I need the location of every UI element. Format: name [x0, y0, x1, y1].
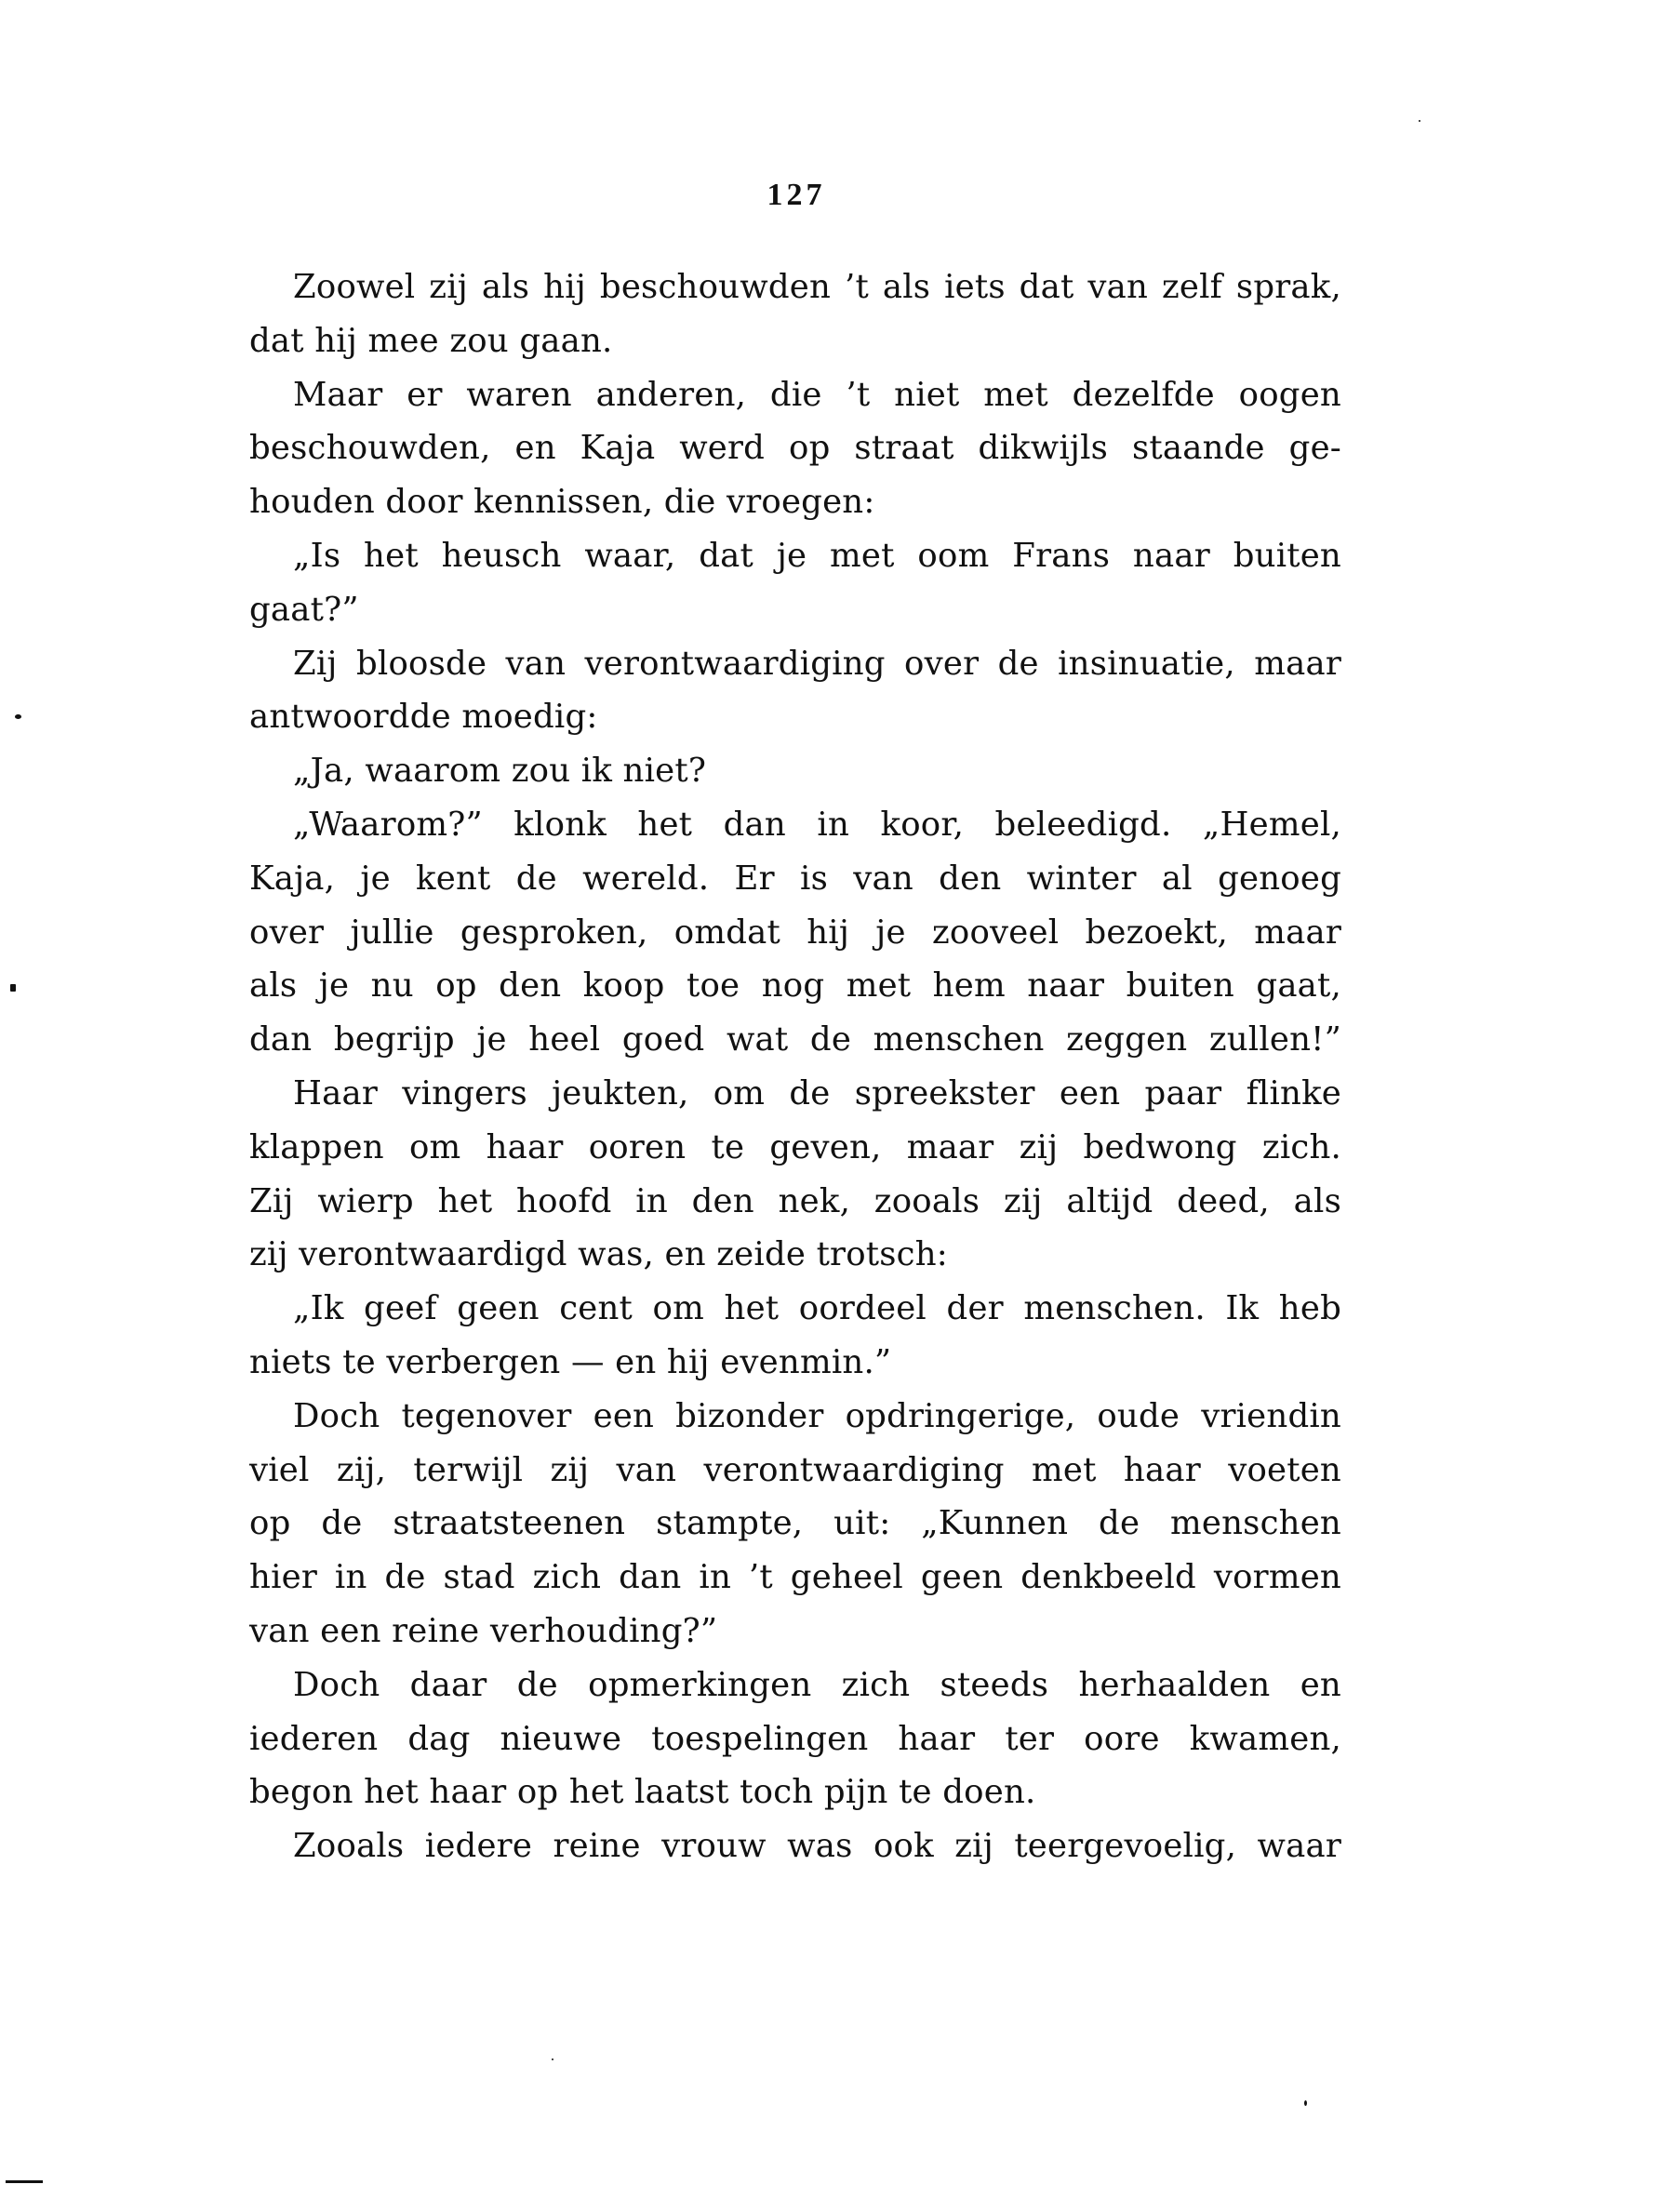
text-line: dat hij mee zou gaan. [249, 314, 1341, 368]
text-line: „Ik geef geen cent om het oordeel der me… [249, 1282, 1341, 1336]
text-line: begon het haar op het laatst toch pijn t… [249, 1765, 1341, 1819]
text-line: van een reine verhouding?” [249, 1605, 1341, 1658]
text-line: hier in de stad zich dan in ’t geheel ge… [249, 1551, 1341, 1605]
page-number: 127 [0, 177, 1593, 214]
text-line: zij verontwaardigd was, en zeide trotsch… [249, 1228, 1341, 1282]
text-line: Kaja, je kent de wereld. Er is van den w… [249, 852, 1341, 906]
text-line: „Is het heusch waar, dat je met oom Fran… [249, 529, 1341, 583]
text-line: Zij bloosde van verontwaardiging over de… [249, 637, 1341, 691]
text-line: niets te verbergen — en hij evenmin.” [249, 1336, 1341, 1390]
text-line: antwoordde moedig: [249, 690, 1341, 744]
text-line: beschouwden, en Kaja werd op straat dikw… [249, 421, 1341, 475]
scan-speck [1304, 2100, 1307, 2106]
text-line: Maar er waren anderen, die ’t niet met d… [249, 368, 1341, 422]
scan-speck [15, 714, 21, 719]
scan-speck [552, 2058, 553, 2060]
text-line: over jullie gesproken, omdat hij je zoov… [249, 906, 1341, 960]
text-line: op de straatsteenen stampte, uit: „Kunne… [249, 1497, 1341, 1551]
text-line: Haar vingers jeukten, om de spreekster e… [249, 1067, 1341, 1121]
text-line: viel zij, terwijl zij van verontwaardigi… [249, 1444, 1341, 1498]
text-line: Zooals iedere reine vrouw was ook zij te… [249, 1819, 1341, 1873]
text-line: klappen om haar ooren te geven, maar zij… [249, 1121, 1341, 1175]
scan-speck [1419, 120, 1420, 122]
text-line: als je nu op den koop toe nog met hem na… [249, 959, 1341, 1013]
text-line: dan begrijp je heel goed wat de menschen… [249, 1013, 1341, 1067]
scan-edge-mark [6, 2180, 43, 2183]
text-line: Zoowel zij als hij beschouwden ’t als ie… [249, 260, 1341, 314]
text-line: Zij wierp het hoofd in den nek, zooals z… [249, 1175, 1341, 1229]
text-line: iederen dag nieuwe toespelingen haar ter… [249, 1712, 1341, 1766]
body-text: Zoowel zij als hij beschouwden ’t als ie… [249, 260, 1341, 1873]
text-line: houden door kennissen, die vroegen: [249, 475, 1341, 529]
text-line: Doch tegenover een bizonder opdringerige… [249, 1390, 1341, 1444]
text-line: „Waarom?” klonk het dan in koor, beleedi… [249, 798, 1341, 852]
text-line: „Ja, waarom zou ik niet? [249, 744, 1341, 798]
scan-speck [10, 984, 16, 992]
text-line: Doch daar de opmerkingen zich steeds her… [249, 1658, 1341, 1712]
text-line: gaat?” [249, 583, 1341, 637]
